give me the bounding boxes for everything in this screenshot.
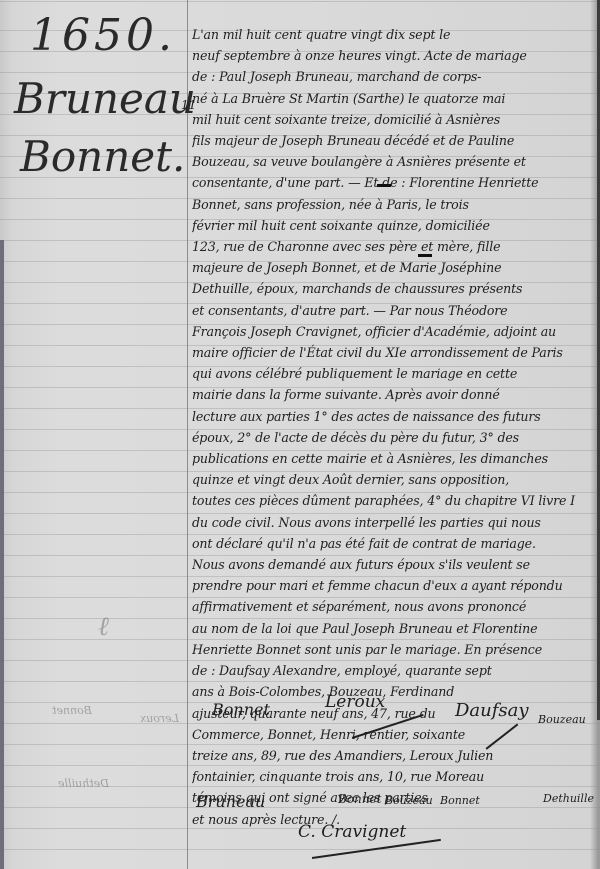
text-line: Bonnet, sans profession, née à Paris, le… xyxy=(192,194,597,215)
text-line: fils majeur de Joseph Bruneau décédé et … xyxy=(192,130,597,151)
signature-witness: Bonnet xyxy=(212,700,270,719)
text-line: majeure de Joseph Bonnet, et de Marie Jo… xyxy=(192,257,597,278)
text-line: consentante, d'une part. — Et de : Flore… xyxy=(192,172,597,193)
text-line: publications en cette mairie et à Asnièr… xyxy=(192,448,597,469)
text-line: Bouzeau, sa veuve boulangère à Asnières … xyxy=(192,151,597,172)
signature-witness: Daufsay xyxy=(455,700,529,721)
text-line: neuf septembre à onze heures vingt. Acte… xyxy=(192,45,597,66)
page-edge-shadow xyxy=(0,240,4,869)
section-dash xyxy=(418,254,432,257)
text-line: Commerce, Bonnet, Henri, rentier, soixan… xyxy=(192,724,597,745)
signature-father: Bonnet xyxy=(440,794,480,807)
text-line: François Joseph Cravignet, officier d'Ac… xyxy=(192,321,597,342)
signature-witness: Leroux xyxy=(325,692,385,712)
text-line: lecture aux parties 1° des actes de nais… xyxy=(192,406,597,427)
signature-groom: Bruneau xyxy=(196,792,265,811)
margin-names: Bruneau Bonnet. xyxy=(14,70,189,186)
text-line: février mil huit cent soixante quinze, d… xyxy=(192,215,597,236)
text-line: au nom de la loi que Paul Joseph Bruneau… xyxy=(192,618,597,639)
bleed-through-mark: Bonnet xyxy=(52,704,92,717)
act-number: 1650. xyxy=(30,10,176,61)
text-line: L'an mil huit cent quatre vingt dix sept… xyxy=(192,24,597,45)
signature-bride: Bonnet xyxy=(338,792,381,806)
text-line: affirmativement et séparément, nous avon… xyxy=(192,596,597,617)
signature-mother-bride: Dethuille xyxy=(543,792,594,805)
text-line: né à La Bruère St Martin (Sarthe) le qua… xyxy=(192,88,597,109)
text-line: fontainier, cinquante trois ans, 10, rue… xyxy=(192,766,597,787)
text-line: et consentants, d'autre part. — Par nous… xyxy=(192,300,597,321)
bleed-through-mark: ℓ xyxy=(98,612,109,642)
text-line: de : Daufsay Alexandre, employé, quarant… xyxy=(192,660,597,681)
text-line: qui avons célébré publiquement le mariag… xyxy=(192,363,597,384)
text-line: Henriette Bonnet sont unis par le mariag… xyxy=(192,639,597,660)
text-line: époux, 2° de l'acte de décès du père du … xyxy=(192,427,597,448)
text-line: prendre pour mari et femme chacun d'eux … xyxy=(192,575,597,596)
text-line: maire officier de l'État civil du XIe ar… xyxy=(192,342,597,363)
groom-surname: Bruneau xyxy=(14,70,189,128)
text-line: quinze et vingt deux Août dernier, sans … xyxy=(192,469,597,490)
text-line: mil huit cent soixante treize, domicilié… xyxy=(192,109,597,130)
text-line: 123, rue de Charonne avec ses père et mè… xyxy=(192,236,597,257)
text-line: ont déclaré qu'il n'a pas été fait de co… xyxy=(192,533,597,554)
register-page: 1650. Bruneau Bonnet. 11 L'an mil huit c… xyxy=(0,0,600,869)
text-line: mairie dans la forme suivante. Après avo… xyxy=(192,384,597,405)
bride-surname: Bonnet. xyxy=(14,128,189,186)
bleed-through-mark: Leroux xyxy=(140,712,179,725)
text-line: treize ans, 89, rue des Amandiers, Lerou… xyxy=(192,745,597,766)
text-line: Nous avons demandé aux futurs époux s'il… xyxy=(192,554,597,575)
text-line: de : Paul Joseph Bruneau, marchand de co… xyxy=(192,66,597,87)
section-dash xyxy=(377,184,391,187)
bleed-through-mark: Dethuille xyxy=(58,777,109,790)
text-line: Dethuille, époux, marchands de chaussure… xyxy=(192,278,597,299)
signature-witness: Bouzeau xyxy=(538,713,586,726)
signature-officer: C. Cravignet xyxy=(298,822,406,842)
text-line: toutes ces pièces dûment paraphées, 4° d… xyxy=(192,490,597,511)
signature-mother: Bouzeau xyxy=(385,794,433,807)
text-line: du code civil. Nous avons interpellé les… xyxy=(192,512,597,533)
